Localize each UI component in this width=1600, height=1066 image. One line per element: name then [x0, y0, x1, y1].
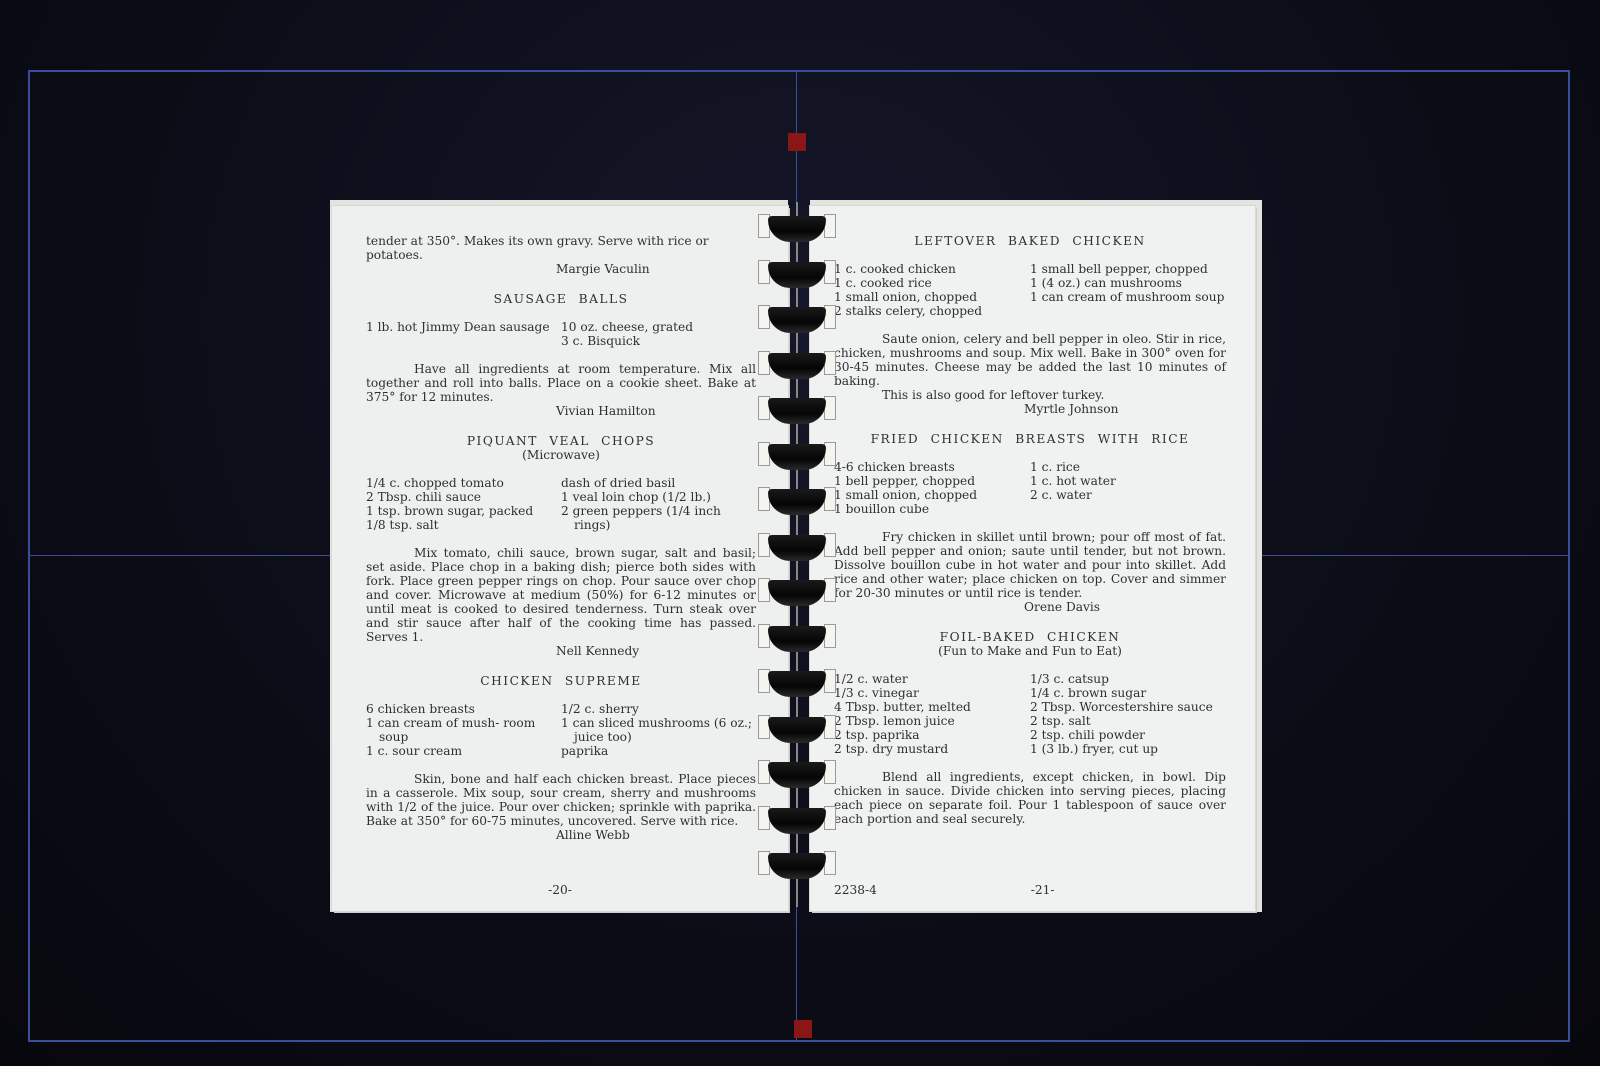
recipe-subtitle: (Microwave) [366, 448, 756, 462]
page-21-content: LEFTOVER BAKED CHICKEN1 c. cooked chicke… [834, 234, 1226, 826]
ingredient: 1 lb. hot Jimmy Dean sausage [366, 320, 561, 334]
ingredient: 1/8 tsp. salt [366, 518, 561, 532]
ingredient: 1 can cream of mush- room soup [366, 716, 561, 744]
binding-coil [758, 303, 836, 337]
ingredient-column: 1/3 c. catsup1/4 c. brown sugar2 Tbsp. W… [1030, 672, 1226, 756]
binding-coil [758, 485, 836, 519]
page-21: LEFTOVER BAKED CHICKEN1 c. cooked chicke… [810, 206, 1255, 911]
ingredient: 4-6 chicken breasts [834, 460, 1030, 474]
recipe-directions: Fry chicken in skillet until brown; pour… [834, 530, 1226, 600]
recipe: FRIED CHICKEN BREASTS WITH RICE4-6 chick… [834, 432, 1226, 614]
recipe-subtitle: (Fun to Make and Fun to Eat) [834, 644, 1226, 658]
ingredient: 1 small onion, chopped [834, 488, 1030, 502]
binding-coil [758, 713, 836, 747]
recipe: LEFTOVER BAKED CHICKEN1 c. cooked chicke… [834, 234, 1226, 416]
ingredient: 10 oz. cheese, grated [561, 320, 756, 334]
recipe-title: LEFTOVER BAKED CHICKEN [834, 234, 1226, 248]
binding-coil [758, 804, 836, 838]
ingredient-column: 1 small bell pepper, chopped1 (4 oz.) ca… [1030, 262, 1226, 318]
recipe-title: FOIL-BAKED CHICKEN [834, 630, 1226, 644]
ingredient: paprika [561, 744, 756, 758]
ingredient: 1 c. sour cream [366, 744, 561, 758]
registration-marker-top [788, 133, 806, 151]
ingredient-column: 10 oz. cheese, grated3 c. Bisquick [561, 320, 756, 348]
ingredient-column: 6 chicken breasts1 can cream of mush- ro… [366, 702, 561, 758]
ingredient-column: 1 c. cooked chicken1 c. cooked rice1 sma… [834, 262, 1030, 318]
page-20: tender at 350°. Makes its own gravy. Ser… [332, 206, 788, 911]
recipe-author: Myrtle Johnson [834, 402, 1226, 416]
ingredient-list: 1 lb. hot Jimmy Dean sausage10 oz. chees… [366, 320, 756, 348]
page-number: -21- [1031, 883, 1055, 897]
recipe-title: SAUSAGE BALLS [366, 292, 756, 306]
binding-coil [758, 258, 836, 292]
ingredient-column: 1/4 c. chopped tomato2 Tbsp. chili sauce… [366, 476, 561, 532]
recipe-author: Nell Kennedy [366, 644, 756, 658]
recipe-note: This is also good for leftover turkey. [834, 388, 1226, 402]
ingredient: 3 c. Bisquick [561, 334, 756, 348]
ingredient: 1 (3 lb.) fryer, cut up [1030, 742, 1226, 756]
ingredient: 2 green peppers (1/4 inch rings) [561, 504, 756, 532]
ingredient: 2 Tbsp. lemon juice [834, 714, 1030, 728]
recipe: PIQUANT VEAL CHOPS(Microwave)1/4 c. chop… [366, 434, 756, 658]
ingredient-list: 6 chicken breasts1 can cream of mush- ro… [366, 702, 756, 758]
recipe-directions: Mix tomato, chili sauce, brown sugar, sa… [366, 546, 756, 644]
page-number: -20- [332, 883, 788, 897]
binding-coil [758, 440, 836, 474]
ingredient: 1 c. cooked chicken [834, 262, 1030, 276]
ingredient-list: 1/2 c. water1/3 c. vinegar4 Tbsp. butter… [834, 672, 1226, 756]
binding-coil [758, 349, 836, 383]
ingredient-list: 4-6 chicken breasts1 bell pepper, choppe… [834, 460, 1226, 516]
ingredient: 1/2 c. sherry [561, 702, 756, 716]
ingredient: 1 veal loin chop (1/2 lb.) [561, 490, 756, 504]
ingredient: 1 small bell pepper, chopped [1030, 262, 1226, 276]
ingredient-column: 4-6 chicken breasts1 bell pepper, choppe… [834, 460, 1030, 516]
ingredient: 1 bouillon cube [834, 502, 1030, 516]
ingredient: 1 can cream of mushroom soup [1030, 290, 1226, 304]
ingredient: 2 stalks celery, chopped [834, 304, 1030, 318]
ingredient: 1 bell pepper, chopped [834, 474, 1030, 488]
ingredient: 4 Tbsp. butter, melted [834, 700, 1030, 714]
ingredient: 2 Tbsp. Worcestershire sauce [1030, 700, 1226, 714]
ingredient: 1 tsp. brown sugar, packed [366, 504, 561, 518]
ingredient: 1/4 c. brown sugar [1030, 686, 1226, 700]
recipe-author: Margie Vaculin [366, 262, 756, 276]
ingredient: dash of dried basil [561, 476, 756, 490]
binding-coil [758, 758, 836, 792]
ingredient: 1/2 c. water [834, 672, 1030, 686]
ingredient: 1 small onion, chopped [834, 290, 1030, 304]
binding-coil [758, 576, 836, 610]
recipe-title: CHICKEN SUPREME [366, 674, 756, 688]
registration-marker-bottom [794, 1020, 812, 1038]
binding-coil [758, 849, 836, 883]
recipe: SAUSAGE BALLS1 lb. hot Jimmy Dean sausag… [366, 292, 756, 418]
ingredient-column: 1/2 c. water1/3 c. vinegar4 Tbsp. butter… [834, 672, 1030, 756]
ingredient-column: dash of dried basil1 veal loin chop (1/2… [561, 476, 756, 532]
ingredient: 1 c. rice [1030, 460, 1226, 474]
ingredient: 2 tsp. salt [1030, 714, 1226, 728]
ingredient: 2 Tbsp. chili sauce [366, 490, 561, 504]
binding-coil [758, 394, 836, 428]
ingredient-list: 1 c. cooked chicken1 c. cooked rice1 sma… [834, 262, 1226, 318]
recipe: FOIL-BAKED CHICKEN(Fun to Make and Fun t… [834, 630, 1226, 826]
recipe-author: Orene Davis [834, 600, 1226, 614]
ingredient: 2 tsp. paprika [834, 728, 1030, 742]
ingredient-list: 1/4 c. chopped tomato2 Tbsp. chili sauce… [366, 476, 756, 532]
binding-coil [758, 212, 836, 246]
ingredient: 1 c. cooked rice [834, 276, 1030, 290]
ingredient: 2 tsp. dry mustard [834, 742, 1030, 756]
recipe-directions: Saute onion, celery and bell pepper in o… [834, 332, 1226, 388]
ingredient: 1 c. hot water [1030, 474, 1226, 488]
binding-coil [758, 531, 836, 565]
page-20-content: tender at 350°. Makes its own gravy. Ser… [366, 234, 756, 842]
ingredient: 1/3 c. vinegar [834, 686, 1030, 700]
open-cookbook: tender at 350°. Makes its own gravy. Ser… [330, 196, 1274, 916]
page-footer: 2238-4 -21- [810, 883, 1255, 897]
recipe: CHICKEN SUPREME6 chicken breasts1 can cr… [366, 674, 756, 842]
ingredient: 1 (4 oz.) can mushrooms [1030, 276, 1226, 290]
ingredient: 2 tsp. chili powder [1030, 728, 1226, 742]
recipe-directions: Skin, bone and half each chicken breast.… [366, 772, 756, 828]
binding-coil [758, 622, 836, 656]
recipe-directions: Have all ingredients at room temperature… [366, 362, 756, 404]
ingredient: 1/3 c. catsup [1030, 672, 1226, 686]
continuation-text: tender at 350°. Makes its own gravy. Ser… [366, 234, 756, 262]
recipe-author: Alline Webb [366, 828, 756, 842]
ingredient: 1 can sliced mushrooms (6 oz.; juice too… [561, 716, 756, 744]
ingredient-column: 1 c. rice1 c. hot water2 c. water [1030, 460, 1226, 516]
recipe-title: FRIED CHICKEN BREASTS WITH RICE [834, 432, 1226, 446]
recipe-title: PIQUANT VEAL CHOPS [366, 434, 756, 448]
ingredient: 6 chicken breasts [366, 702, 561, 716]
recipe-directions: Blend all ingredients, except chicken, i… [834, 770, 1226, 826]
book-code: 2238-4 [834, 883, 877, 897]
ingredient: 1/4 c. chopped tomato [366, 476, 561, 490]
ingredient-column: 1/2 c. sherry1 can sliced mushrooms (6 o… [561, 702, 756, 758]
ingredient: 2 c. water [1030, 488, 1226, 502]
recipe-author: Vivian Hamilton [366, 404, 756, 418]
binding-coil [758, 667, 836, 701]
ingredient-column: 1 lb. hot Jimmy Dean sausage [366, 320, 561, 348]
